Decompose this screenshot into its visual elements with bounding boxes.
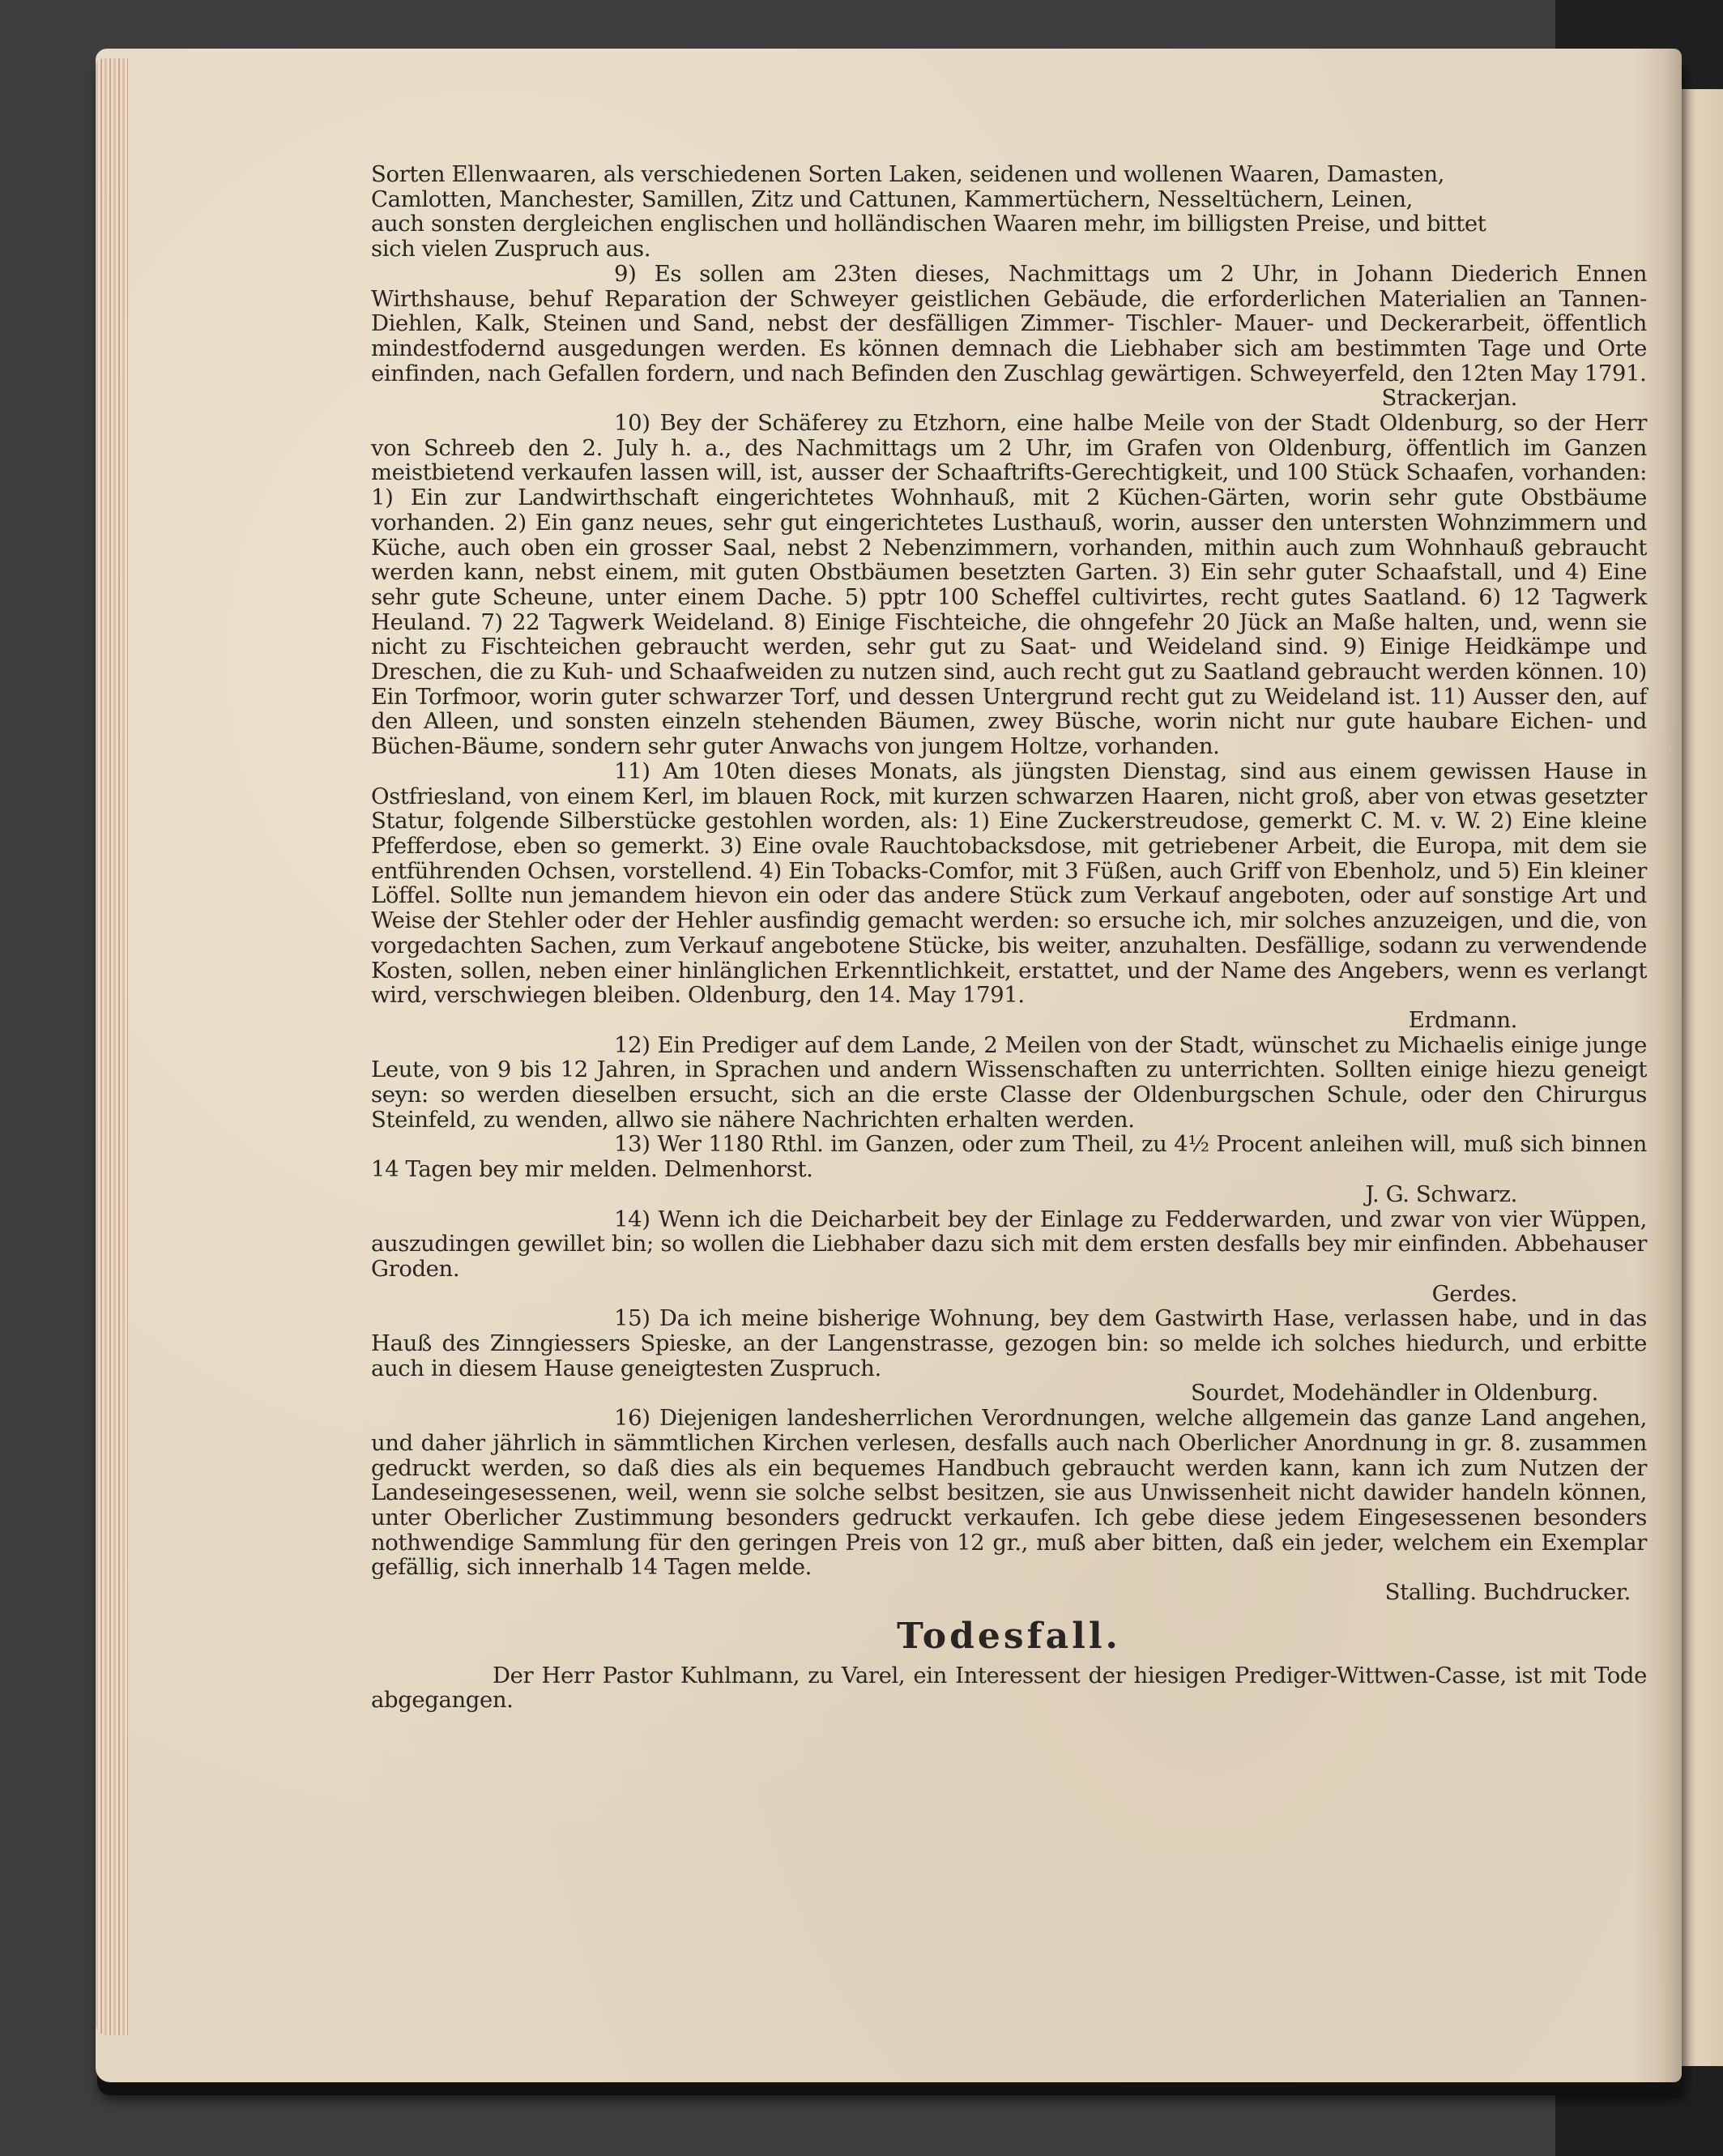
notice-signature: Erdmann. — [371, 1008, 1647, 1033]
notice-signature: Sourdet, Modehändler in Oldenburg. — [371, 1381, 1647, 1406]
notice-15: 15) Da ich meine bisherige Wohnung, bey … — [371, 1306, 1647, 1406]
notice-13: 13) Wer 1180 Rthl. im Ganzen, oder zum T… — [371, 1132, 1647, 1206]
document-page: Sorten Ellenwaaren, als verschiedenen So… — [96, 49, 1682, 2082]
adjacent-page-edge — [1675, 89, 1723, 2066]
notice-text: Diejenigen landesherrlichen Verordnungen… — [371, 1405, 1647, 1580]
notice-16: 16) Diejenigen landesherrlichen Verordnu… — [371, 1406, 1647, 1605]
text-line: auch sonsten dergleichen englischen und … — [371, 211, 1647, 237]
text-line: Sorten Ellenwaaren, als verschiedenen So… — [371, 162, 1647, 187]
notice-text: Bey der Schäferey zu Etzhorn, eine halbe… — [371, 410, 1647, 759]
notice-signature: Gerdes. — [371, 1282, 1647, 1307]
notice-number: 16) — [493, 1406, 650, 1431]
notice-signature: Stalling. Buchdrucker. — [371, 1580, 1647, 1605]
page-fore-edge — [96, 58, 128, 2035]
notice-signature: Strackerjan. — [371, 386, 1647, 411]
notice-10: 10) Bey der Schäferey zu Etzhorn, eine h… — [371, 411, 1647, 759]
notice-14: 14) Wenn ich die Deicharbeit bey der Ein… — [371, 1207, 1647, 1307]
notice-number: 10) — [493, 411, 650, 436]
notice-number: 11) — [493, 759, 650, 784]
notice-number: 13) — [493, 1132, 650, 1157]
death-notice: Der Herr Pastor Kuhlmann, zu Varel, ein … — [371, 1663, 1647, 1713]
notice-text: Am 10ten dieses Monats, als jüngsten Die… — [371, 758, 1647, 1008]
text-line: Camlotten, Manchester, Samillen, Zitz un… — [371, 187, 1647, 212]
notice-11: 11) Am 10ten dieses Monats, als jüngsten… — [371, 759, 1647, 1033]
notice-9: 9) Es sollen am 23ten dieses, Nachmittag… — [371, 262, 1647, 411]
section-heading: Todesfall. — [371, 1615, 1647, 1659]
page-text: Sorten Ellenwaaren, als verschiedenen So… — [371, 162, 1647, 1713]
continued-paragraph: Sorten Ellenwaaren, als verschiedenen So… — [371, 162, 1647, 262]
text-line: sich vielen Zuspruch aus. — [371, 237, 1647, 262]
notice-12: 12) Ein Prediger auf dem Lande, 2 Meilen… — [371, 1033, 1647, 1133]
notice-number: 12) — [493, 1033, 650, 1058]
notice-signature: J. G. Schwarz. — [371, 1182, 1647, 1207]
notice-number: 15) — [493, 1306, 650, 1331]
notice-number: 14) — [493, 1207, 650, 1232]
notice-number: 9) — [493, 262, 636, 287]
